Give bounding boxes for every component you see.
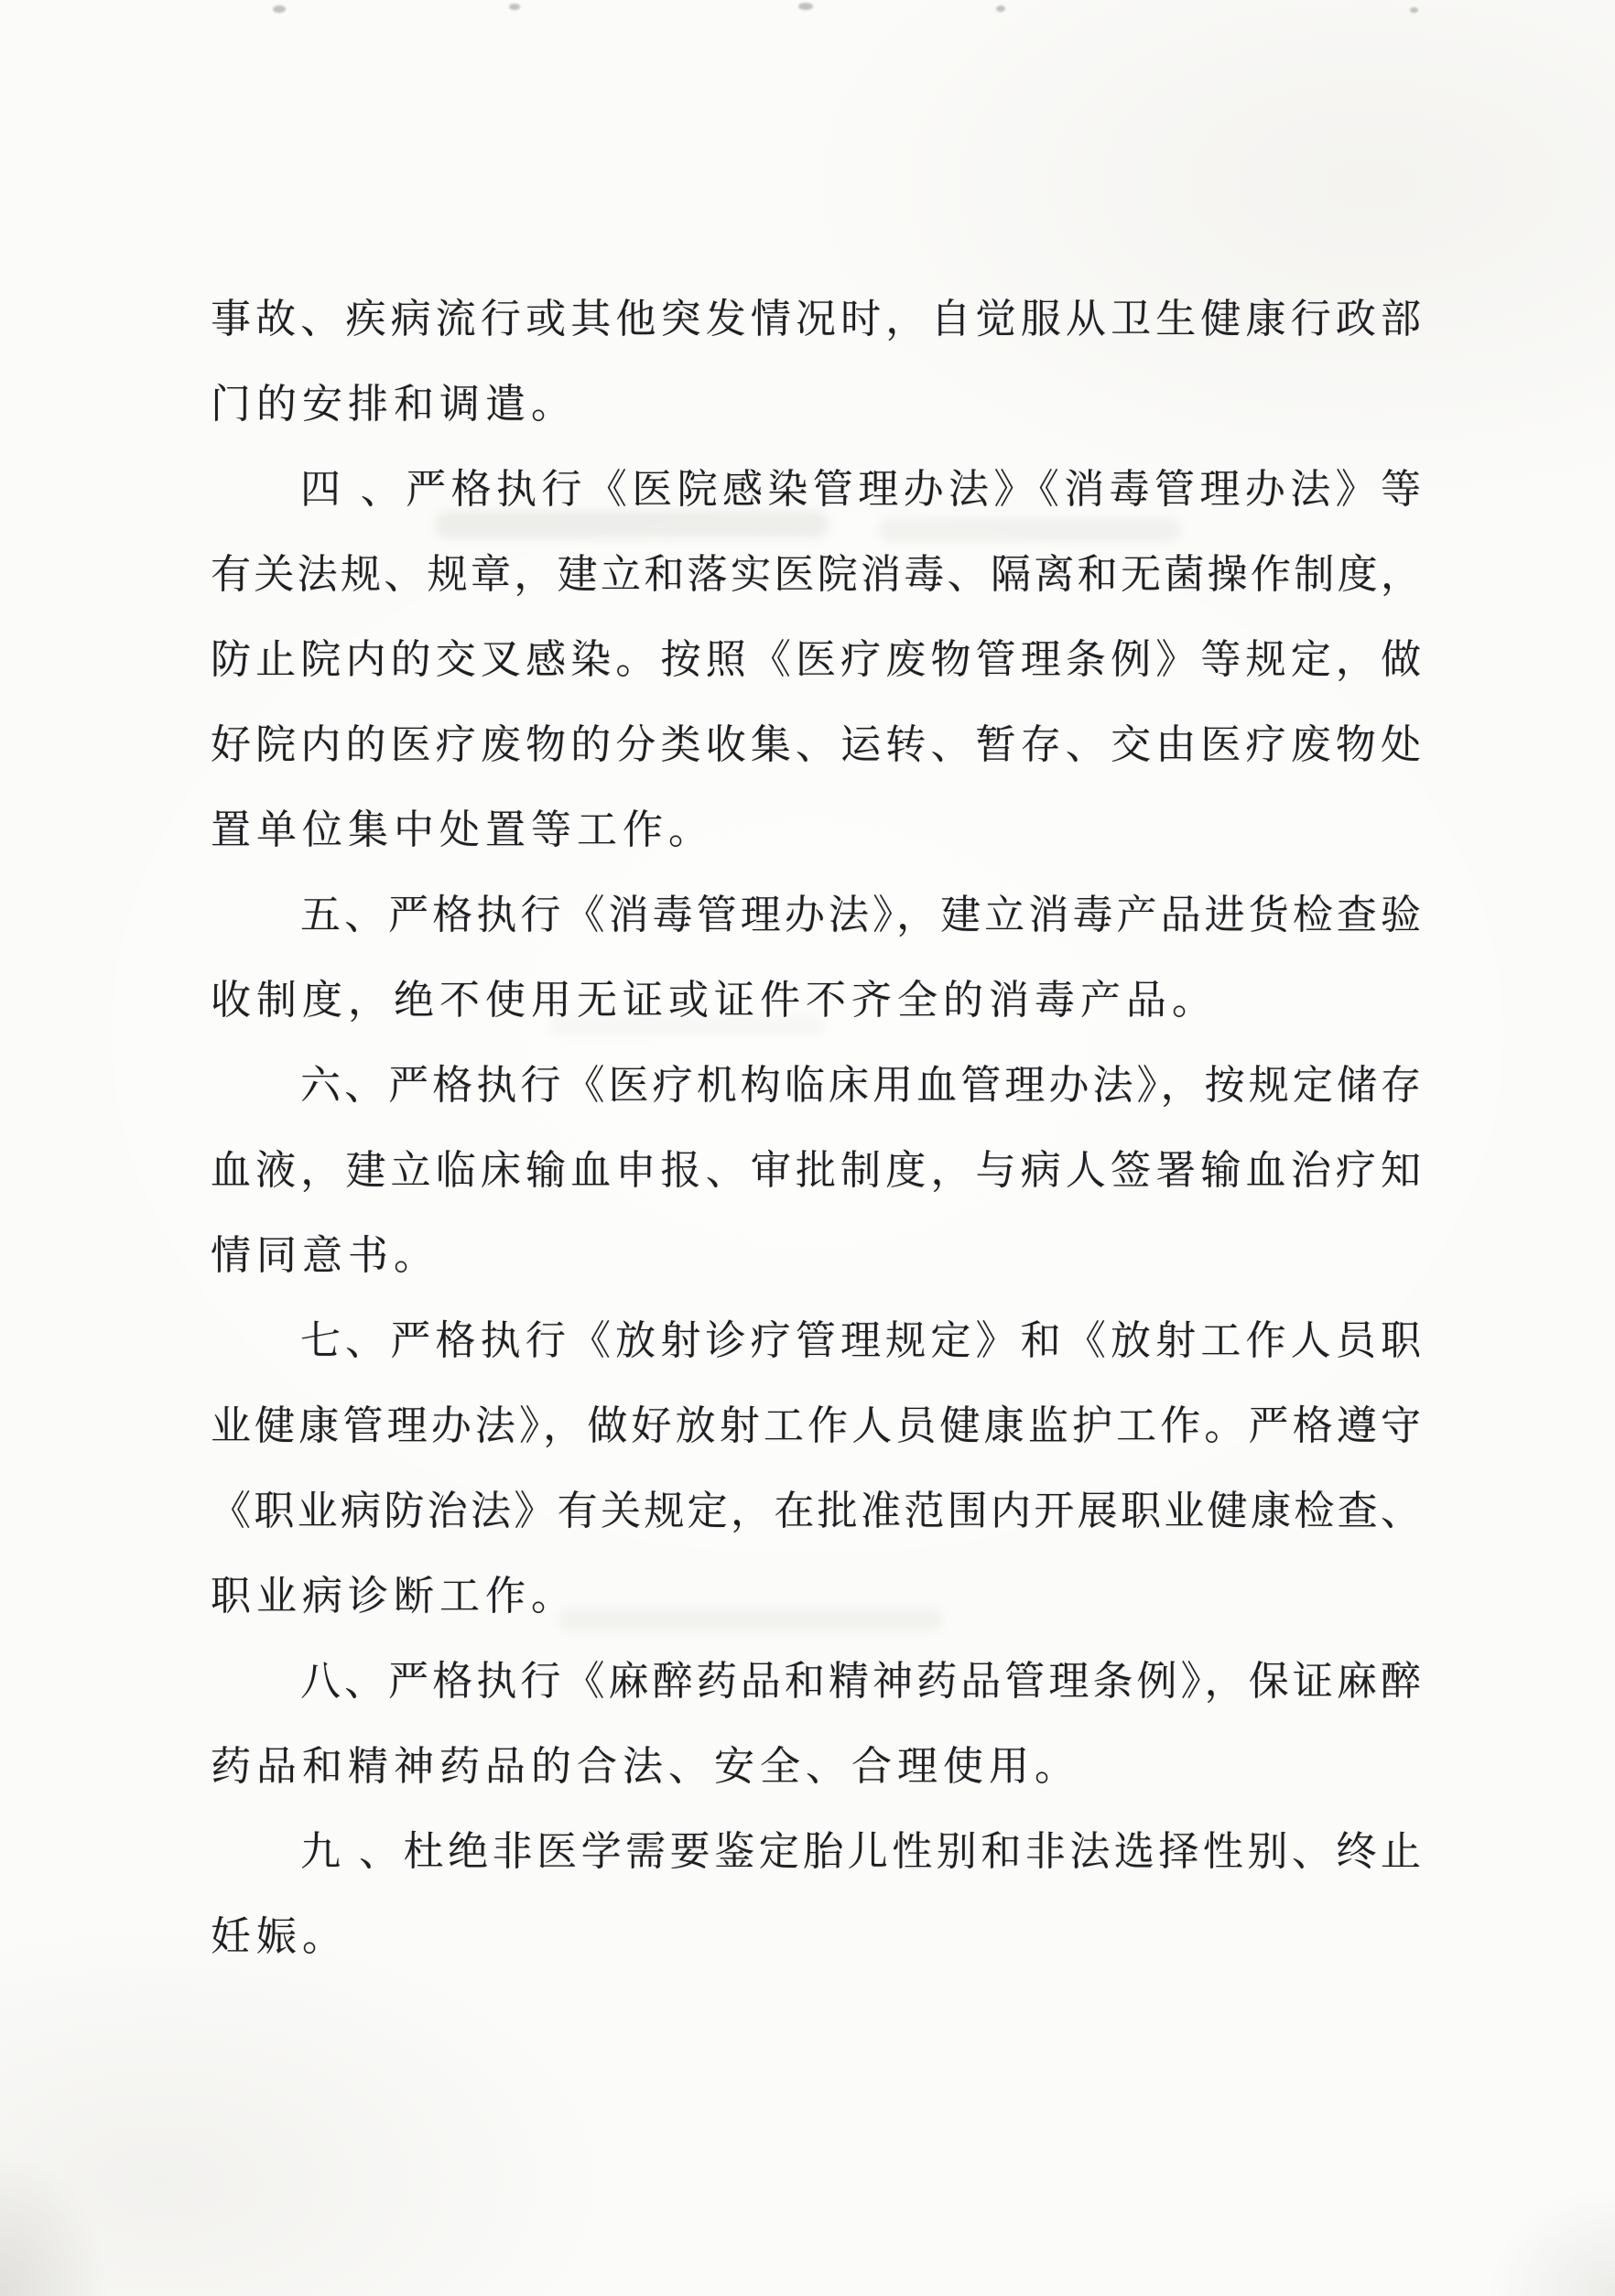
scan-corner-shade [1487, 2186, 1615, 2296]
text-line: 有关法规、规章，建立和落实医院消毒、隔离和无菌操作制度， [211, 532, 1421, 617]
text-line: 收制度，绝不使用无证或证件不齐全的消毒产品。 [211, 958, 1421, 1043]
paragraph-item-5: 五、严格执行《消毒管理办法》，建立消毒产品进货检查验 收制度，绝不使用无证或证件… [211, 872, 1421, 1043]
paragraph-item-4: 四 、严格执行《医院感染管理办法》《消毒管理办法》等 有关法规、规章，建立和落实… [211, 447, 1421, 872]
paragraph-item-8: 八、严格执行《麻醉药品和精神药品管理条例》，保证麻醉 药品和精神药品的合法、安全… [211, 1639, 1421, 1809]
text-line: 业健康管理办法》，做好放射工作人员健康监护工作。严格遵守 [211, 1383, 1421, 1468]
document-page: 事故、疾病流行或其他突发情况时，自觉服从卫生健康行政部 门的安排和调遣。 四 、… [0, 0, 1615, 2296]
text-line: 八、严格执行《麻醉药品和精神药品管理条例》，保证麻醉 [211, 1639, 1421, 1724]
text-line: 药品和精神药品的合法、安全、合理使用。 [211, 1724, 1421, 1809]
text-line: 事故、疾病流行或其他突发情况时，自觉服从卫生健康行政部 [211, 276, 1421, 362]
text-line: 防止院内的交叉感染。按照《医疗废物管理条例》等规定，做 [211, 617, 1421, 702]
scan-speck [1410, 7, 1418, 13]
paragraph-continuation: 事故、疾病流行或其他突发情况时，自觉服从卫生健康行政部 门的安排和调遣。 [211, 276, 1421, 447]
text-line: 血液，建立临床输血申报、审批制度，与病人签署输血治疗知 [211, 1128, 1421, 1213]
text-line: 四 、严格执行《医院感染管理办法》《消毒管理办法》等 [211, 447, 1421, 532]
scan-speck [996, 5, 1005, 12]
paragraph-item-9: 九 、杜绝非医学需要鉴定胎儿性别和非法选择性别、终止 妊娠。 [211, 1809, 1421, 1979]
text-line: 五、严格执行《消毒管理办法》，建立消毒产品进货检查验 [211, 872, 1421, 958]
text-line: 门的安排和调遣。 [211, 362, 1421, 447]
text-line: 职业病诊断工作。 [211, 1554, 1421, 1639]
scan-speck [798, 3, 813, 10]
text-line: 好院内的医疗废物的分类收集、运转、暂存、交由医疗废物处 [211, 702, 1421, 787]
paragraph-item-7: 七、严格执行《放射诊疗管理规定》和《放射工作人员职 业健康管理办法》，做好放射工… [211, 1298, 1421, 1639]
text-line: 妊娠。 [211, 1894, 1421, 1979]
text-line: 六、严格执行《医疗机构临床用血管理办法》，按规定储存 [211, 1043, 1421, 1128]
text-line: 九 、杜绝非医学需要鉴定胎儿性别和非法选择性别、终止 [211, 1809, 1421, 1894]
text-line: 七、严格执行《放射诊疗管理规定》和《放射工作人员职 [211, 1298, 1421, 1383]
text-line: 《职业病防治法》有关规定，在批准范围内开展职业健康检查、 [211, 1468, 1421, 1554]
scan-speck [509, 4, 520, 10]
scan-speck [273, 5, 286, 13]
document-text-block: 事故、疾病流行或其他突发情况时，自觉服从卫生健康行政部 门的安排和调遣。 四 、… [211, 276, 1421, 1979]
text-line: 置单位集中处置等工作。 [211, 787, 1421, 872]
paragraph-item-6: 六、严格执行《医疗机构临床用血管理办法》，按规定储存 血液，建立临床输血申报、审… [211, 1043, 1421, 1298]
scan-corner-shade [0, 2150, 110, 2296]
text-line: 情同意书。 [211, 1213, 1421, 1298]
